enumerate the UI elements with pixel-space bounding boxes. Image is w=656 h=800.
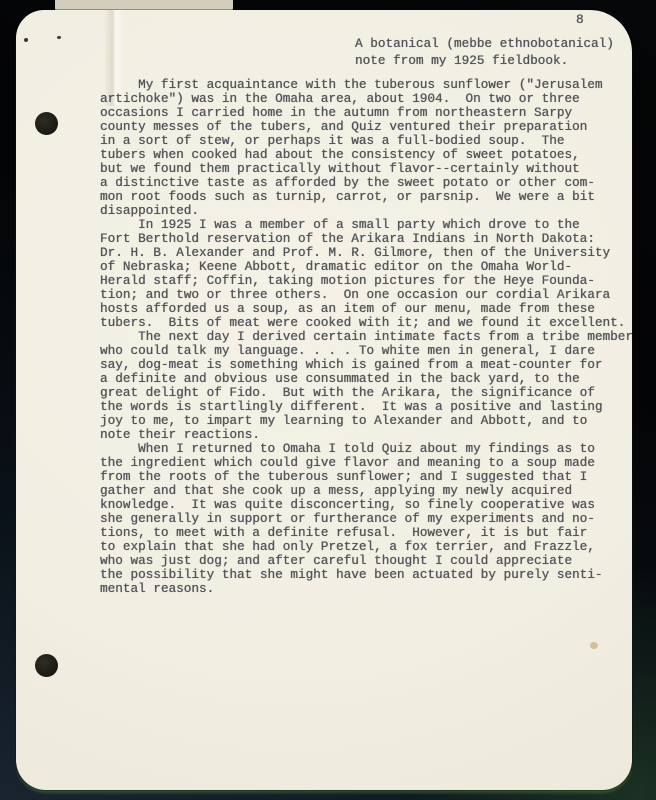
text-line: who could talk my language. . . . To whi… [100, 344, 648, 358]
text-line: the possibility that she might have been… [100, 568, 648, 582]
text-line: tubers when cooked had about the consist… [100, 148, 648, 162]
text-line: gather and that she cook up a mess, appl… [100, 484, 648, 498]
text-line: My first acquaintance with the tuberous … [100, 78, 648, 92]
text-line: hosts afforded us a soup, as an item of … [100, 302, 648, 316]
typewritten-body: My first acquaintance with the tuberous … [100, 78, 648, 596]
page-number: 8 [576, 12, 584, 28]
text-line: Fort Berthold reservation of the Arikara… [100, 232, 648, 246]
text-line: joy to me, to impart my learning to Alex… [100, 414, 648, 428]
text-line: The next day I derived certain intimate … [100, 330, 648, 344]
text-line: When I returned to Omaha I told Quiz abo… [100, 442, 648, 456]
text-line: Herald staff; Coffin, taking motion pict… [100, 274, 648, 288]
heading-line-2: note from my 1925 fieldbook. [355, 52, 614, 69]
text-line: In 1925 I was a member of a small party … [100, 218, 648, 232]
text-line: note their reactions. [100, 428, 648, 442]
document-page: 8 A botanical (mebbe ethnobotanical) not… [16, 10, 632, 790]
text-line: but we found them practically without fl… [100, 162, 648, 176]
text-line: say, dog-meat is something which is gain… [100, 358, 648, 372]
text-line: the words is startlingly different. It w… [100, 400, 648, 414]
text-line: a distinctive taste as afforded by the s… [100, 176, 648, 190]
text-line: from the roots of the tuberous sunflower… [100, 470, 648, 484]
text-line: mon root foods such as turnip, carrot, o… [100, 190, 648, 204]
hole-punch [35, 112, 58, 135]
text-line: Dr. H. B. Alexander and Prof. M. R. Gilm… [100, 246, 648, 260]
text-line: knowledge. It was quite disconcerting, s… [100, 498, 648, 512]
text-line: a definite and obvious use consummated i… [100, 372, 648, 386]
text-line: tubers. Bits of meat were cooked with it… [100, 316, 648, 330]
heading-line-1: A botanical (mebbe ethnobotanical) [355, 35, 614, 52]
hole-punch [35, 654, 58, 677]
text-line: great delight of Fido. But with the Arik… [100, 386, 648, 400]
paper-speck [57, 36, 61, 39]
text-line: of Nebraska; Keene Abbott, dramatic edit… [100, 260, 648, 274]
text-line: artichoke") was in the Omaha area, about… [100, 92, 648, 106]
paper-stain [590, 642, 598, 649]
text-line: disappointed. [100, 204, 648, 218]
text-line: mental reasons. [100, 582, 648, 596]
text-line: to explain that she had only Pretzel, a … [100, 540, 648, 554]
text-line: tions, to meet with a definite refusal. … [100, 526, 648, 540]
text-line: in a sort of stew, or perhaps it was a f… [100, 134, 648, 148]
paper-speck [24, 38, 28, 42]
text-line: she generally in support or furtherance … [100, 512, 648, 526]
text-line: who was just dog; and after careful thou… [100, 554, 648, 568]
scanner-background: 8 A botanical (mebbe ethnobotanical) not… [0, 0, 656, 800]
note-heading: A botanical (mebbe ethnobotanical) note … [355, 35, 614, 69]
text-line: the ingredient which could give flavor a… [100, 456, 648, 470]
text-line: occasions I carried home in the autumn f… [100, 106, 648, 120]
text-line: county messes of the tubers, and Quiz ve… [100, 120, 648, 134]
text-line: tion; and two or three others. On one oc… [100, 288, 648, 302]
